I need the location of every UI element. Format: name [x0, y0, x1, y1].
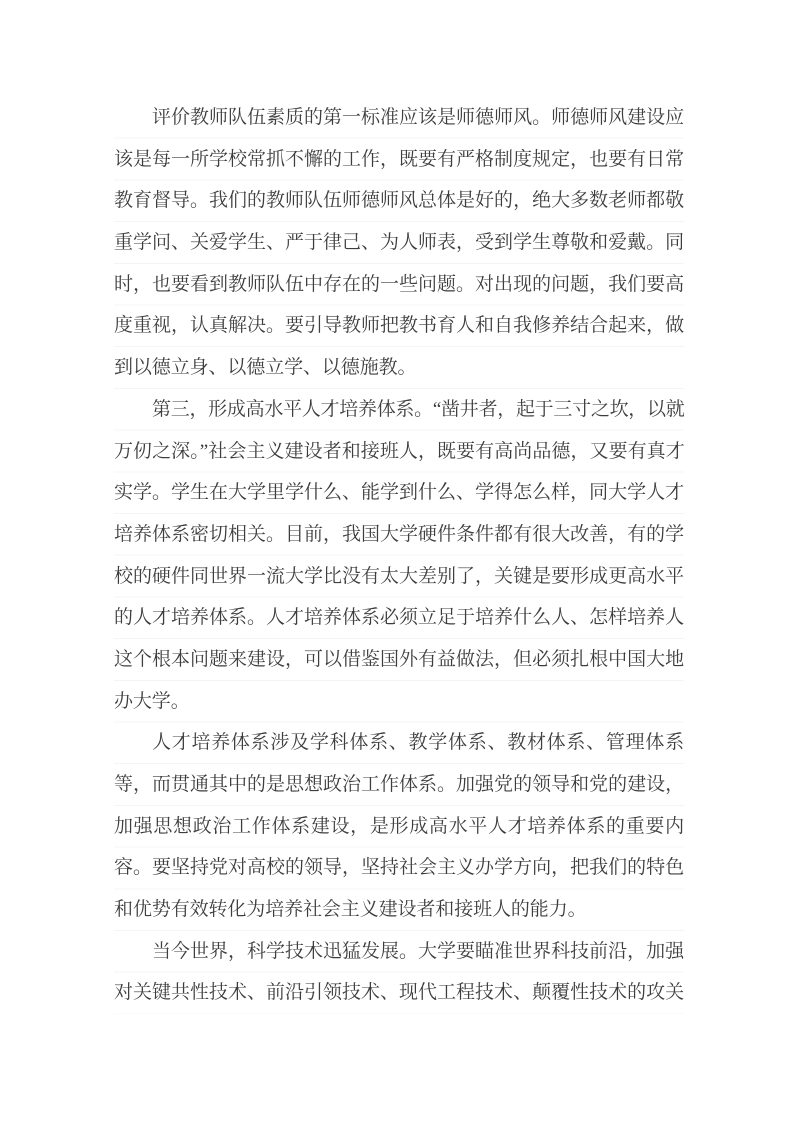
text-line: 第三，形成高水平人才培养体系。“凿井者，起于三寸之坎，以就 [114, 389, 684, 431]
text-line: 万仞之深。”社会主义建设者和接班人，既要有高尚品德，又要有真才 [114, 431, 684, 473]
text-line: 教育督导。我们的教师队伍师德师风总体是好的，绝大多数老师都敬 [114, 180, 684, 222]
paragraph-science-technology: 当今世界，科学技术迅猛发展。大学要瞄准世界科技前沿，加强 对关键共性技术、前沿引… [114, 931, 684, 1014]
text-line: 当今世界，科学技术迅猛发展。大学要瞄准世界科技前沿，加强 [114, 931, 684, 973]
text-line: 度重视，认真解决。要引导教师把教书育人和自我修养结合起来，做 [114, 305, 684, 347]
text-line: 加强思想政治工作体系建设，是形成高水平人才培养体系的重要内 [114, 806, 684, 848]
document-text-block: 评价教师队伍素质的第一标准应该是师德师风。师德师风建设应 该是每一所学校常抓不懈… [114, 97, 684, 1014]
text-line: 对关键共性技术、前沿引领技术、现代工程技术、颠覆性技术的攻关 [114, 972, 684, 1014]
text-line: 该是每一所学校常抓不懈的工作，既要有严格制度规定，也要有日常 [114, 139, 684, 181]
text-line: 时，也要看到教师队伍中存在的一些问题。对出现的问题，我们要高 [114, 264, 684, 306]
text-line: 评价教师队伍素质的第一标准应该是师德师风。师德师风建设应 [114, 97, 684, 139]
text-line: 这个根本问题来建设，可以借鉴国外有益做法，但必须扎根中国大地 [114, 639, 684, 681]
text-line: 到以德立身、以德立学、以德施教。 [114, 347, 684, 389]
paragraph-ideological-political-system: 人才培养体系涉及学科体系、教学体系、教材体系、管理体系 等，而贯通其中的是思想政… [114, 722, 684, 930]
text-line: 实学。学生在大学里学什么、能学到什么、学得怎么样，同大学人才 [114, 472, 684, 514]
paragraph-teacher-ethics: 评价教师队伍素质的第一标准应该是师德师风。师德师风建设应 该是每一所学校常抓不懈… [114, 97, 684, 389]
text-line: 容。要坚持党对高校的领导，坚持社会主义办学方向，把我们的特色 [114, 847, 684, 889]
text-line: 培养体系密切相关。目前，我国大学硬件条件都有很大改善，有的学 [114, 514, 684, 556]
text-line: 的人才培养体系。人才培养体系必须立足于培养什么人、怎样培养人 [114, 597, 684, 639]
text-line: 等，而贯通其中的是思想政治工作体系。加强党的领导和党的建设， [114, 764, 684, 806]
text-line: 校的硬件同世界一流大学比没有太大差别了，关键是要形成更高水平 [114, 556, 684, 598]
paragraph-talent-cultivation-system: 第三，形成高水平人才培养体系。“凿井者，起于三寸之坎，以就 万仞之深。”社会主义… [114, 389, 684, 723]
text-line: 重学问、关爱学生、严于律己、为人师表，受到学生尊敬和爱戴。同 [114, 222, 684, 264]
text-line: 办大学。 [114, 681, 684, 723]
text-line: 和优势有效转化为培养社会主义建设者和接班人的能力。 [114, 889, 684, 931]
document-page: 评价教师队伍素质的第一标准应该是师德师风。师德师风建设应 该是每一所学校常抓不懈… [0, 0, 794, 1123]
text-line: 人才培养体系涉及学科体系、教学体系、教材体系、管理体系 [114, 722, 684, 764]
